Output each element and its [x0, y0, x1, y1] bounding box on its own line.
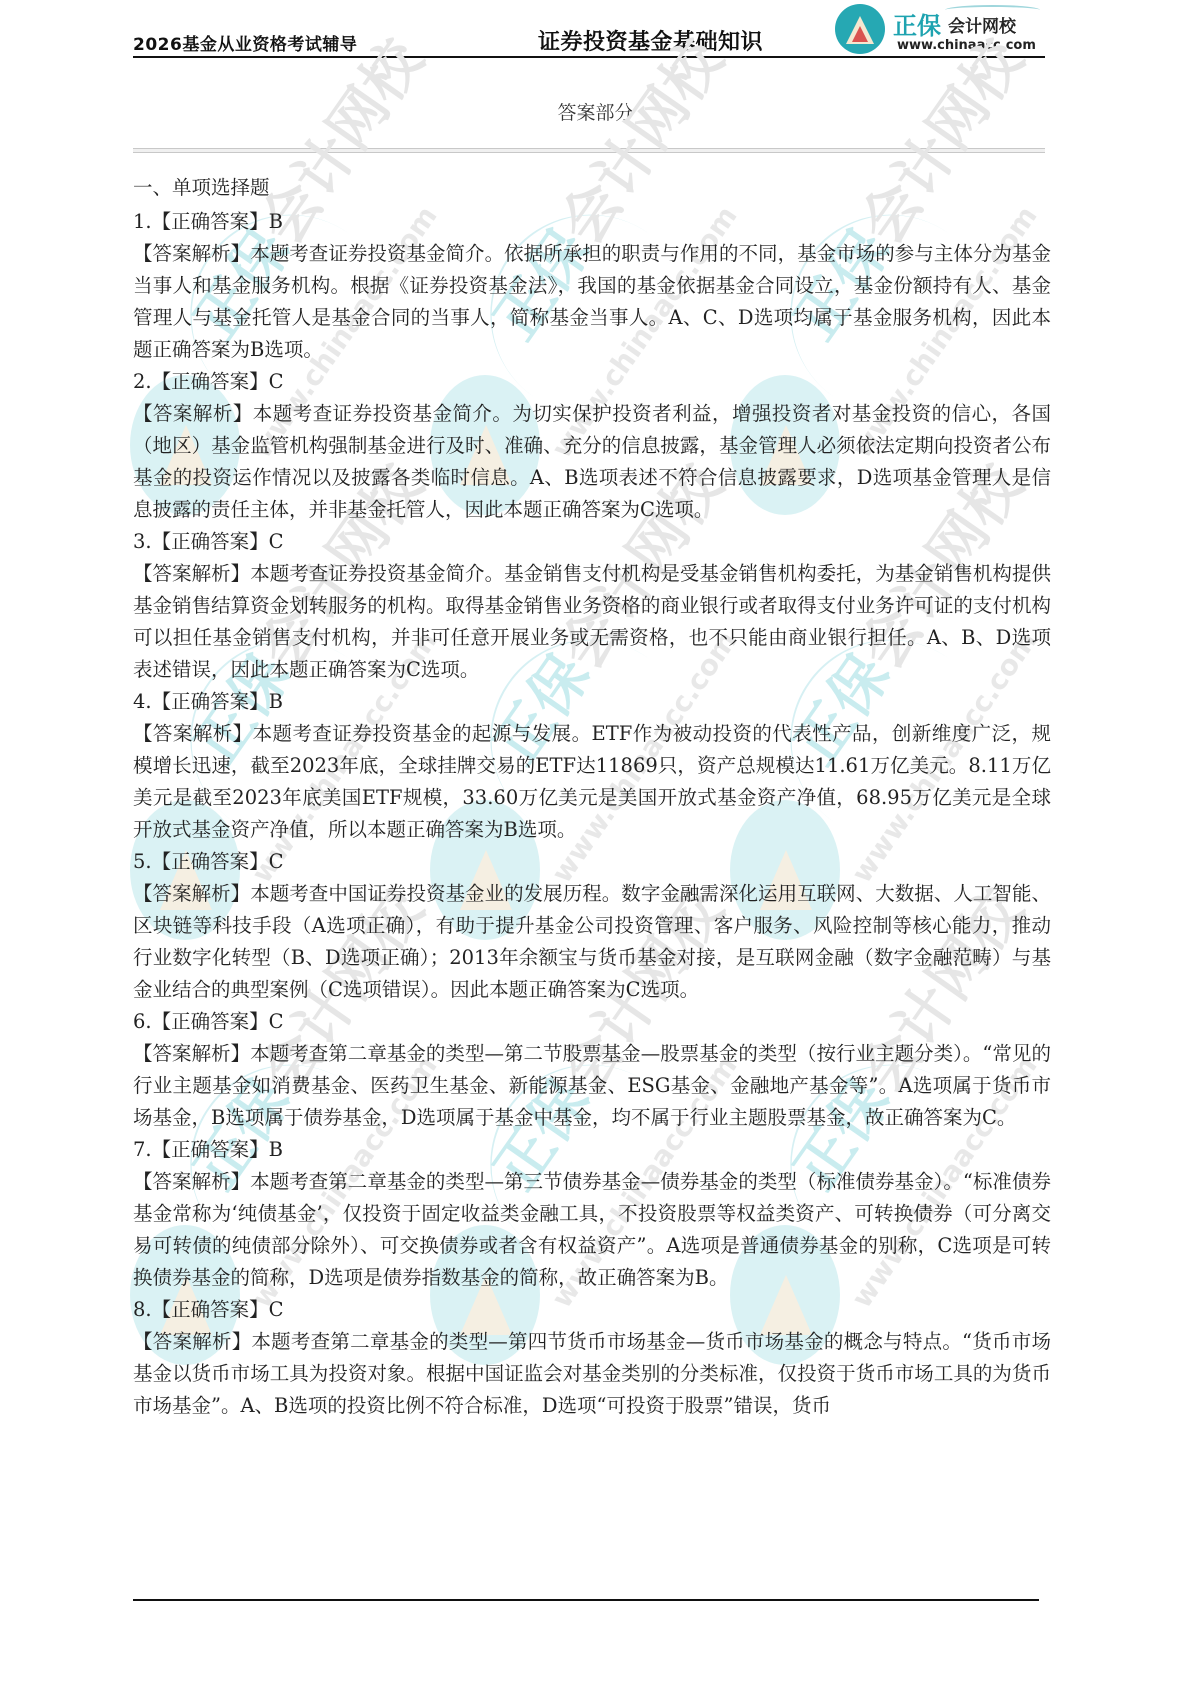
logo-url-text: www.chinaacc.com	[897, 38, 1036, 53]
analysis-q5: 【答案解析】本题考查中国证券投资基金业的发展历程。数字金融需深化运用互联网、大数…	[133, 878, 1051, 1006]
footer-divider	[133, 1599, 1039, 1601]
answer-line-q3: 3.【正确答案】C	[133, 526, 1051, 558]
subject-title: 证券投资基金基础知识	[538, 25, 763, 56]
logo-name-text: 会计网校	[948, 12, 1016, 37]
answer-line-q2: 2.【正确答案】C	[133, 366, 1051, 398]
analysis-q6: 【答案解析】本题考查第二章基金的类型—第二节股票基金—股票基金的类型（按行业主题…	[133, 1038, 1051, 1134]
answer-line-q1: 1.【正确答案】B	[133, 206, 1051, 238]
analysis-q2: 【答案解析】本题考查证券投资基金简介。为切实保护投资者利益，增强投资者对基金投资…	[133, 398, 1051, 526]
answer-line-q5: 5.【正确答案】C	[133, 846, 1051, 878]
logo-brand-text: 正保	[893, 6, 941, 41]
logo-emblem-icon	[835, 4, 885, 54]
page-header: 2026基金从业资格考试辅导 证券投资基金基础知识 正保 会计网校 www.ch…	[133, 0, 1045, 58]
exam-series-title: 2026基金从业资格考试辅导	[133, 30, 357, 55]
analysis-q8: 【答案解析】本题考查第二章基金的类型—第四节货币市场基金—货币市场基金的概念与特…	[133, 1326, 1051, 1422]
header-divider	[133, 56, 1045, 58]
answer-line-q6: 6.【正确答案】C	[133, 1006, 1051, 1038]
answer-content: 一、单项选择题 1.【正确答案】B 【答案解析】本题考查证券投资基金简介。依据所…	[133, 172, 1051, 1422]
part-heading: 一、单项选择题	[133, 172, 1051, 204]
analysis-q4: 【答案解析】本题考查证券投资基金的起源与发展。ETF作为被动投资的代表性产品，创…	[133, 718, 1051, 846]
brand-logo: 正保 会计网校 www.chinaacc.com	[835, 2, 1045, 56]
answer-line-q8: 8.【正确答案】C	[133, 1294, 1051, 1326]
analysis-q3: 【答案解析】本题考查证券投资基金简介。基金销售支付机构是受基金销售机构委托，为基…	[133, 558, 1051, 686]
section-divider	[133, 148, 1045, 153]
answer-line-q7: 7.【正确答案】B	[133, 1134, 1051, 1166]
analysis-q1: 【答案解析】本题考查证券投资基金简介。依据所承担的职责与作用的不同，基金市场的参…	[133, 238, 1051, 366]
section-title: 答案部分	[0, 98, 1191, 125]
answer-line-q4: 4.【正确答案】B	[133, 686, 1051, 718]
analysis-q7: 【答案解析】本题考查第二章基金的类型—第三节债券基金—债券基金的类型（标准债券基…	[133, 1166, 1051, 1294]
